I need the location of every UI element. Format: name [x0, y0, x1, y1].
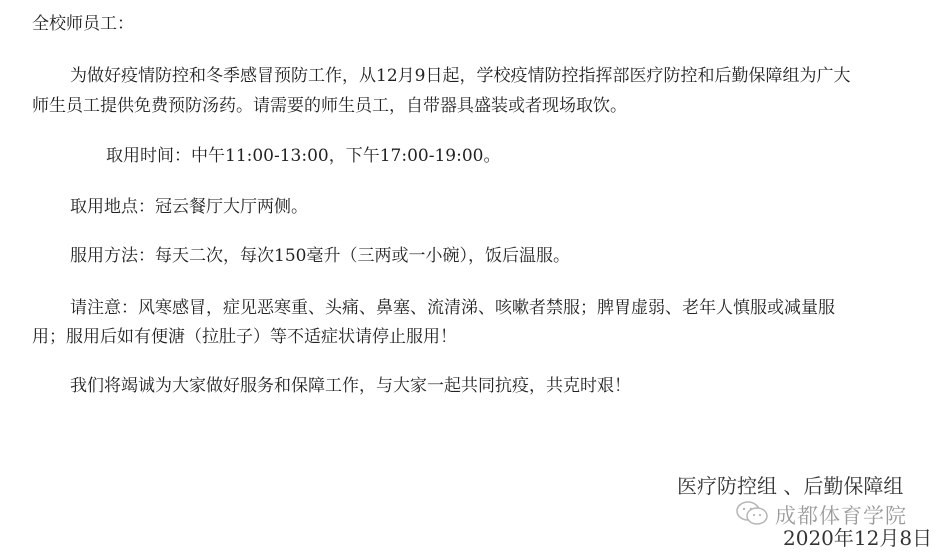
pickup-time: 取用时间：中午11:00-13:00，下午17:00-19:00。	[106, 146, 500, 166]
usage-method: 服用方法：每天二次，每次150毫升（三两或一小碗），饭后温服。	[70, 246, 570, 266]
pickup-location: 取用地点：冠云餐厅大厅两侧。	[70, 197, 308, 217]
salutation: 全校师员工：	[32, 14, 134, 34]
intro-paragraph-line1: 为做好疫情防控和冬季感冒预防工作，从12月9日起，学校疫情防控指挥部医疗防控和后…	[70, 66, 850, 86]
notice-line1: 请注意：风寒感冒，症见恶寒重、头痛、鼻塞、流清涕、咳嗽者禁服；脾胃虚弱、老年人慎…	[70, 298, 835, 318]
signature-org: 医疗防控组 、后勤保障组	[677, 474, 903, 498]
notice-line2: 用；服用后如有便溏（拉肚子）等不适症状请停止服用！	[32, 327, 457, 347]
closing-paragraph: 我们将竭诚为大家做好服务和保障工作，与大家一起共同抗疫，共克时艰！	[70, 376, 631, 396]
intro-paragraph-line2: 师生员工提供免费预防汤药。请需要的师生员工，自带器具盛装或者现场取饮。	[32, 96, 627, 116]
wechat-icon	[735, 500, 769, 530]
signature-date: 2020年12月8日	[783, 526, 932, 550]
